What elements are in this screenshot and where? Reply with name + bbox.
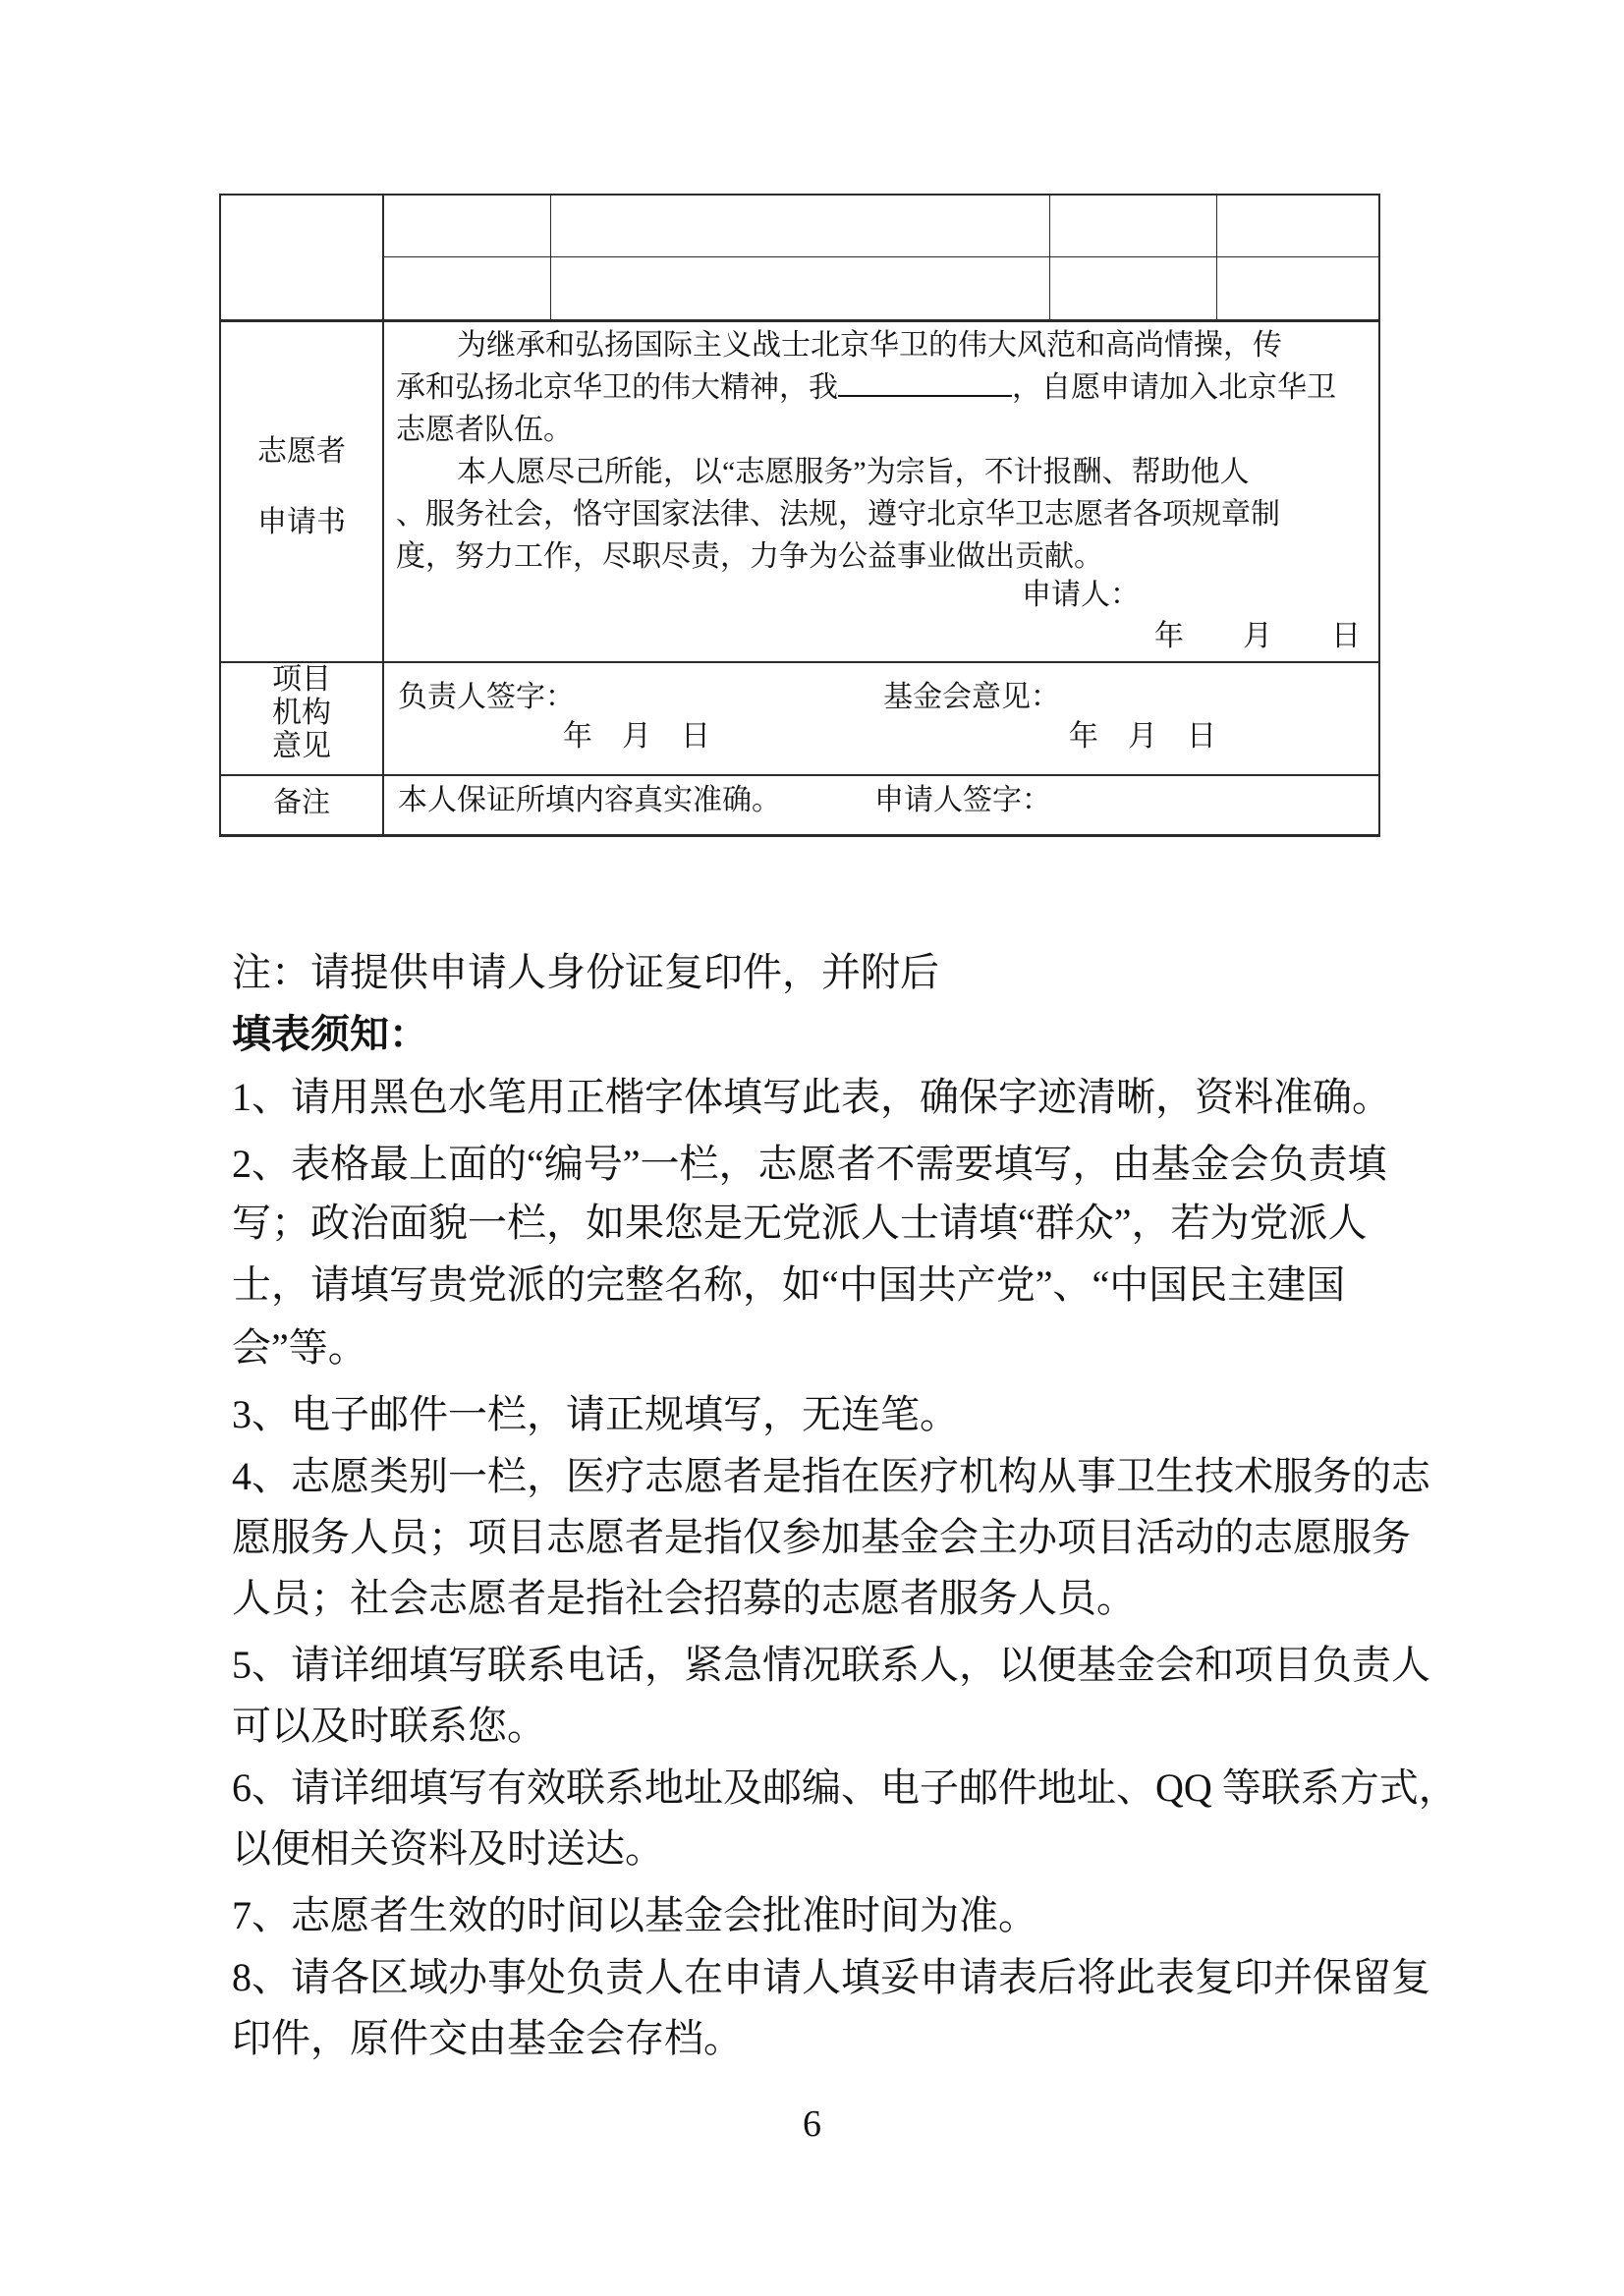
statement-line: 、服务社会，恪守国家法律、法规，遵守北京华卫志愿者各项规章制: [396, 493, 1380, 535]
remarks-label: 备注: [221, 786, 382, 819]
org-label-line: 意见: [221, 730, 382, 763]
applicant-signature-label: 申请人：: [1022, 579, 1140, 612]
note-item-5: 5、请详细填写联系电话，紧急情况联系人，以便基金会和项目负责人: [232, 1642, 1430, 1689]
leader-date-placeholder: 年 月 日: [563, 720, 710, 754]
foundation-opinion-label: 基金会意见：: [883, 681, 1060, 714]
table-row-divider: [221, 661, 1378, 663]
org-label-line: 项目: [221, 663, 382, 697]
volunteer-application-label: 志愿者: [221, 435, 382, 469]
note-item-2-cont: 士，请填写贵党派的完整名称，如“中国共产党”、“中国民主建国: [232, 1261, 1345, 1309]
document-page: 志愿者 申请书 为继承和弘扬国际主义战士北京华卫的伟大风范和高尚情操，传 承和弘…: [0, 0, 1624, 2296]
page-number: 6: [0, 2100, 1624, 2148]
remarks-statement: 本人保证所填内容真实准确。: [398, 784, 781, 817]
note-item-2-cont: 会”等。: [232, 1324, 367, 1372]
note-item-2-cont: 写；政治面貌一栏，如果您是无党派人士请填“群众”，若为党派人: [232, 1200, 1368, 1247]
foundation-date-placeholder: 年 月 日: [1069, 720, 1216, 754]
statement-line: 本人愿尽己所能，以“志愿服务”为宗旨，不计报酬、帮助他人: [396, 451, 1380, 493]
table-column-divider: [1049, 196, 1050, 319]
note-item-7: 7、志愿者生效的时间以基金会批准时间为准。: [232, 1892, 1037, 1939]
note-id-copy: 注：请提供申请人身份证复印件，并附后: [232, 949, 939, 996]
table-row-divider: [382, 256, 1378, 257]
note-item-5-cont: 可以及时联系您。: [232, 1703, 546, 1750]
table-column-divider: [1216, 196, 1217, 319]
note-item-2: 2、表格最上面的“编号”一栏，志愿者不需要填写，由基金会负责填: [232, 1141, 1387, 1188]
project-org-opinion-label: 项目 机构 意见: [221, 663, 382, 763]
table-column-divider: [382, 196, 384, 834]
applicant-sign-label: 申请人签字：: [874, 784, 1051, 817]
statement-line: 承和弘扬北京华卫的伟大精神，我，自愿申请加入北京华卫: [396, 366, 1380, 409]
note-item-4: 4、志愿类别一栏，医疗志愿者是指在医疗机构从事卫生技术服务的志: [232, 1453, 1430, 1500]
volunteer-application-label: 申请书: [221, 506, 382, 539]
application-statement: 为继承和弘扬国际主义战士北京华卫的伟大风范和高尚情操，传 承和弘扬北京华卫的伟大…: [396, 324, 1380, 578]
note-item-4-cont: 人员；社会志愿者是指社会招募的志愿者服务人员。: [232, 1575, 1136, 1622]
statement-line: 志愿者队伍。: [396, 409, 1380, 451]
note-item-6-cont: 以便相关资料及时送达。: [232, 1825, 664, 1873]
note-item-3: 3、电子邮件一栏，请正规填写，无连笔。: [232, 1391, 959, 1438]
statement-line-pre: 承和弘扬北京华卫的伟大精神，我: [396, 371, 838, 404]
table-section-divider: [221, 319, 1378, 322]
name-fill-in-blank-line: [838, 367, 1012, 397]
application-date-placeholder: 年 月 日: [1154, 620, 1361, 653]
note-item-4-cont: 愿服务人员；项目志愿者是指仅参加基金会主办项目活动的志愿服务: [232, 1514, 1411, 1561]
notes-heading: 填表须知：: [232, 1011, 428, 1058]
org-label-line: 机构: [221, 697, 382, 730]
note-item-8: 8、请各区域办事处负责人在申请人填妥申请表后将此表复印并保留复: [232, 1954, 1430, 2001]
note-item-6: 6、请详细填写有效联系地址及邮编、电子邮件地址、QQ 等联系方式，: [232, 1764, 1458, 1812]
statement-line-post: ，自愿申请加入北京华卫: [1012, 371, 1336, 404]
application-form-table: 志愿者 申请书 为继承和弘扬国际主义战士北京华卫的伟大风范和高尚情操，传 承和弘…: [219, 194, 1380, 837]
statement-line: 度，努力工作，尽职尽责，力争为公益事业做出贡献。: [396, 535, 1380, 578]
statement-line: 为继承和弘扬国际主义战士北京华卫的伟大风范和高尚情操，传: [396, 324, 1380, 366]
table-column-divider: [550, 196, 551, 319]
leader-signature-label: 负责人签字：: [398, 681, 575, 714]
note-item-8-cont: 印件，原件交由基金会存档。: [232, 2015, 743, 2062]
table-row-divider: [221, 774, 1378, 776]
note-item-1: 1、请用黑色水笔用正楷字体填写此表，确保字迹清晰，资料准确。: [232, 1074, 1391, 1121]
